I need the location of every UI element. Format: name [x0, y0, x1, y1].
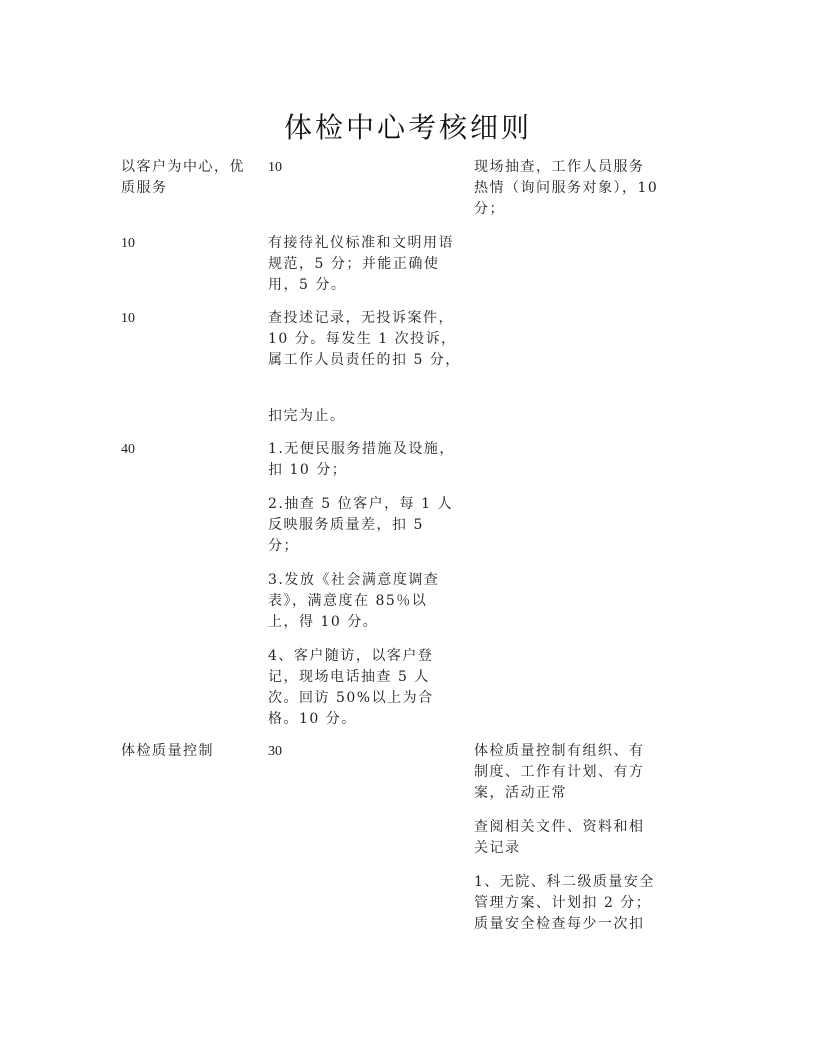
row-1-score: 10 [268, 157, 463, 178]
row-3-score: 10 [121, 308, 256, 329]
row-5-method-2: 查阅相关文件、资料和相关记录 [474, 817, 659, 859]
row-4-criteria-2: 2.抽查 5 位客户，每 1 人反映服务质量差，扣 5 分； [268, 494, 453, 557]
row-1-category: 以客户为中心，优质服务 [121, 157, 256, 199]
row-2-score: 10 [121, 233, 256, 254]
row-1-method: 现场抽查，工作人员服务热情（询问服务对象），10 分； [474, 157, 659, 220]
row-2-criteria: 有接待礼仪标准和文明用语规范，5 分；并能正确使用，5 分。 [268, 233, 463, 296]
row-4-criteria-1: 1.无便民服务措施及设施，扣 10 分； [268, 439, 463, 481]
document-title: 体检中心考核细则 [0, 106, 816, 146]
row-3-criteria-cont: 扣完为止。 [268, 406, 463, 427]
row-3-criteria: 查投述记录，无投诉案件，10 分。每发生 1 次投诉，属工作人员责任的扣 5 分… [268, 308, 463, 371]
row-4-score: 40 [121, 439, 256, 460]
row-5-method-1: 体检质量控制有组织、有制度、工作有计划、有方案，活动正常 [474, 741, 659, 804]
row-5-score: 30 [268, 741, 463, 762]
row-5-method-3: 1、无院、科二级质量安全管理方案、计划扣 2 分；质量安全检查每少一次扣 [474, 872, 659, 935]
row-5-category: 体检质量控制 [121, 741, 256, 762]
row-4-criteria-3: 3.发放《社会满意度调查表》，满意度在 85％以上，得 10 分。 [268, 570, 453, 633]
row-4-criteria-4: 4、客户随访，以客户登记，现场电话抽查 5 人次。回访 50%以上为合格。10 … [268, 646, 448, 730]
